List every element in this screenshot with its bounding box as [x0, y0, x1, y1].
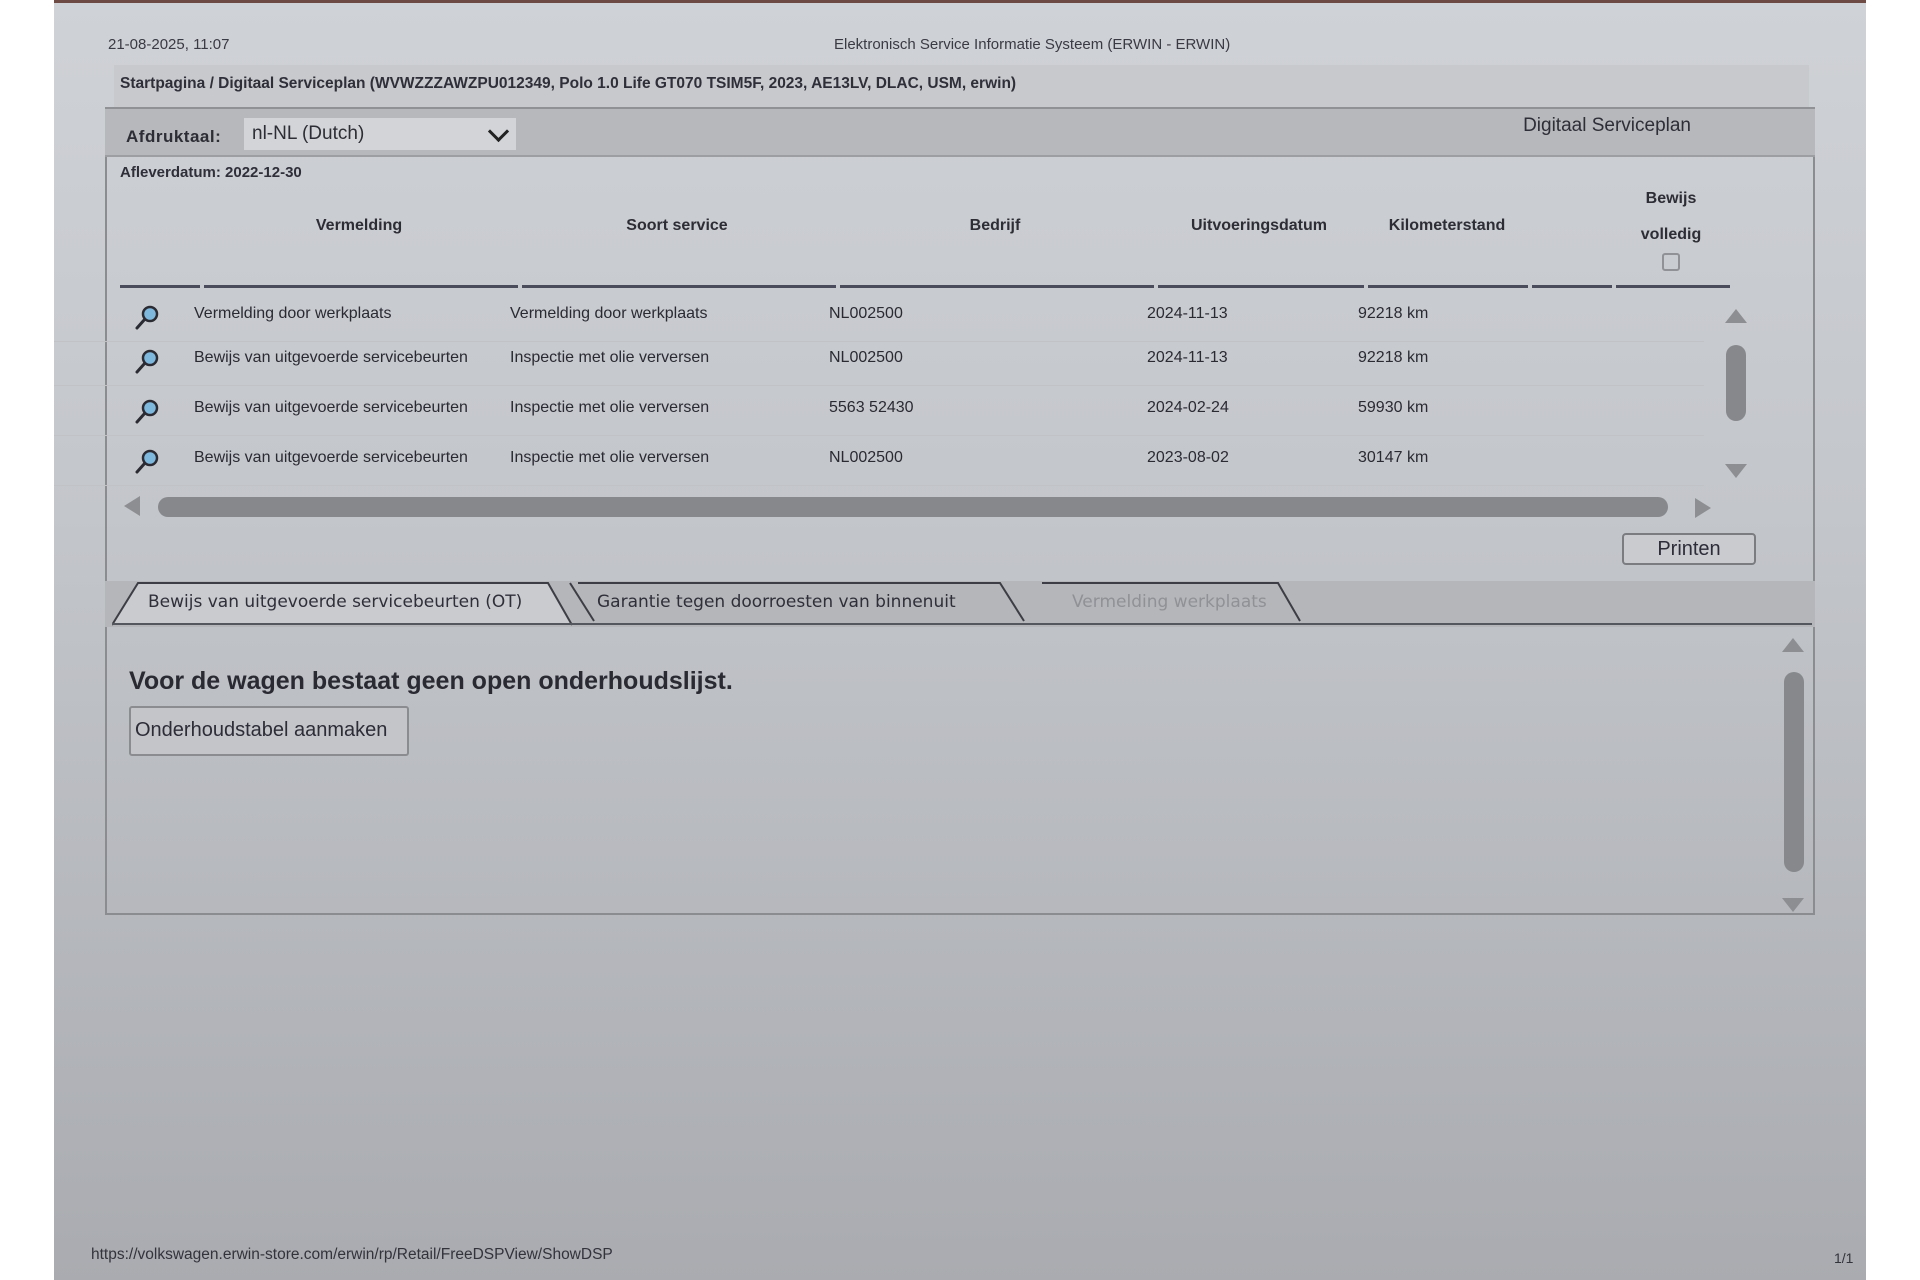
language-label: Afdruktaal: — [126, 127, 221, 147]
cell-bedrijf: NL002500 — [829, 449, 903, 467]
content-vertical-scrollbar-thumb[interactable] — [1784, 672, 1804, 872]
cell-bedrijf: NL002500 — [829, 305, 903, 323]
language-select-value: nl-NL (Dutch) — [252, 123, 364, 144]
cell-vermelding: Bewijs van uitgevoerde servicebeurten — [194, 449, 468, 467]
table-row[interactable]: Bewijs van uitgevoerde servicebeurten In… — [54, 437, 1704, 486]
cell-vermelding: Bewijs van uitgevoerde servicebeurten — [194, 399, 468, 417]
cell-bedrijf: 5563 52430 — [829, 399, 914, 417]
magnifier-icon[interactable] — [133, 397, 161, 425]
table-row[interactable]: Bewijs van uitgevoerde servicebeurten In… — [54, 337, 1704, 386]
cell-bedrijf: NL002500 — [829, 349, 903, 367]
magnifier-icon[interactable] — [133, 303, 161, 331]
column-header-uitvoeringsdatum[interactable]: Uitvoeringsdatum — [1158, 163, 1360, 289]
print-page-number: 1/1 — [1834, 1250, 1853, 1266]
column-header-icon — [120, 163, 200, 289]
table-row[interactable]: Bewijs van uitgevoerde servicebeurten In… — [54, 387, 1704, 436]
column-header-bewijs-volledig: Bewijs volledig — [1616, 163, 1726, 289]
tab-bewijs-servicebeurten[interactable]: Bewijs van uitgevoerde servicebeurten (O… — [112, 581, 572, 623]
header-rule — [522, 285, 836, 288]
magnifier-icon[interactable] — [133, 447, 161, 475]
header-rule — [840, 285, 1154, 288]
cell-soort-service: Vermelding door werkplaats — [510, 305, 707, 323]
cell-soort-service: Inspectie met olie verversen — [510, 349, 709, 367]
header-rule — [1616, 285, 1730, 288]
bewijs-label-2: volledig — [1641, 217, 1701, 253]
print-button[interactable]: Printen — [1622, 533, 1756, 565]
cell-kilometerstand: 30147 km — [1358, 449, 1428, 467]
cell-kilometerstand: 92218 km — [1358, 349, 1428, 367]
header-rule — [1158, 285, 1364, 288]
create-maintenance-table-button[interactable]: Onderhoudstabel aanmaken — [129, 706, 409, 756]
tab-vermelding-werkplaats[interactable]: Vermelding werkplaats — [1028, 581, 1318, 623]
cell-uitvoeringsdatum: 2024-11-13 — [1147, 305, 1228, 323]
column-header-vermelding[interactable]: Vermelding — [204, 163, 514, 289]
scroll-left-arrow[interactable] — [124, 496, 140, 516]
cell-soort-service: Inspectie met olie verversen — [510, 449, 709, 467]
column-header-blank — [1532, 163, 1610, 289]
print-footer-url: https://volkswagen.erwin-store.com/erwin… — [91, 1246, 613, 1264]
tab-label: Garantie tegen doorroesten van binnenuit — [597, 592, 956, 612]
content-scroll-up-arrow[interactable] — [1782, 638, 1804, 652]
header-rule — [1368, 285, 1528, 288]
tab-label: Vermelding werkplaats — [1072, 592, 1267, 612]
column-header-kilometerstand[interactable]: Kilometerstand — [1368, 163, 1526, 289]
chevron-down-icon — [488, 121, 509, 142]
print-datetime: 21-08-2025, 11:07 — [108, 36, 230, 53]
cell-vermelding: Bewijs van uitgevoerde servicebeurten — [194, 349, 468, 367]
printed-page: 21-08-2025, 11:07 Elektronisch Service I… — [54, 0, 1866, 1280]
cell-uitvoeringsdatum: 2024-11-13 — [1147, 349, 1228, 367]
breadcrumb[interactable]: Startpagina / Digitaal Serviceplan (WVWZ… — [120, 75, 1016, 93]
column-header-bedrijf[interactable]: Bedrijf — [840, 163, 1150, 289]
content-scroll-down-arrow[interactable] — [1782, 898, 1804, 912]
system-title: Elektronisch Service Informatie Systeem … — [834, 36, 1230, 53]
scroll-right-arrow[interactable] — [1695, 498, 1711, 518]
header-rule — [120, 285, 200, 288]
scroll-up-arrow[interactable] — [1725, 309, 1747, 323]
column-header-soort-service[interactable]: Soort service — [522, 163, 832, 289]
cell-uitvoeringsdatum: 2024-02-24 — [1147, 399, 1229, 417]
language-select[interactable]: nl-NL (Dutch) — [244, 118, 516, 150]
table-horizontal-scrollbar-thumb[interactable] — [158, 497, 1668, 517]
cell-kilometerstand: 92218 km — [1358, 305, 1428, 323]
header-rule — [204, 285, 518, 288]
no-maintenance-list-message: Voor de wagen bestaat geen open onderhou… — [129, 667, 733, 696]
panel-title: Digitaal Serviceplan — [1523, 115, 1691, 137]
scroll-down-arrow[interactable] — [1725, 464, 1747, 478]
bewijs-label-1: Bewijs — [1646, 181, 1697, 217]
tab-garantie-doorroesten[interactable]: Garantie tegen doorroesten van binnenuit — [564, 581, 1044, 623]
tab-label: Bewijs van uitgevoerde servicebeurten (O… — [148, 592, 522, 612]
header-rule — [1532, 285, 1612, 288]
table-vertical-scrollbar-thumb[interactable] — [1726, 345, 1746, 421]
cell-kilometerstand: 59930 km — [1358, 399, 1428, 417]
table-row[interactable]: Vermelding door werkplaats Vermelding do… — [54, 293, 1704, 342]
tab-underline — [112, 623, 1812, 625]
cell-vermelding: Vermelding door werkplaats — [194, 305, 391, 323]
cell-uitvoeringsdatum: 2023-08-02 — [1147, 449, 1229, 467]
cell-soort-service: Inspectie met olie verversen — [510, 399, 709, 417]
bewijs-volledig-checkbox[interactable] — [1662, 253, 1680, 271]
magnifier-icon[interactable] — [133, 347, 161, 375]
